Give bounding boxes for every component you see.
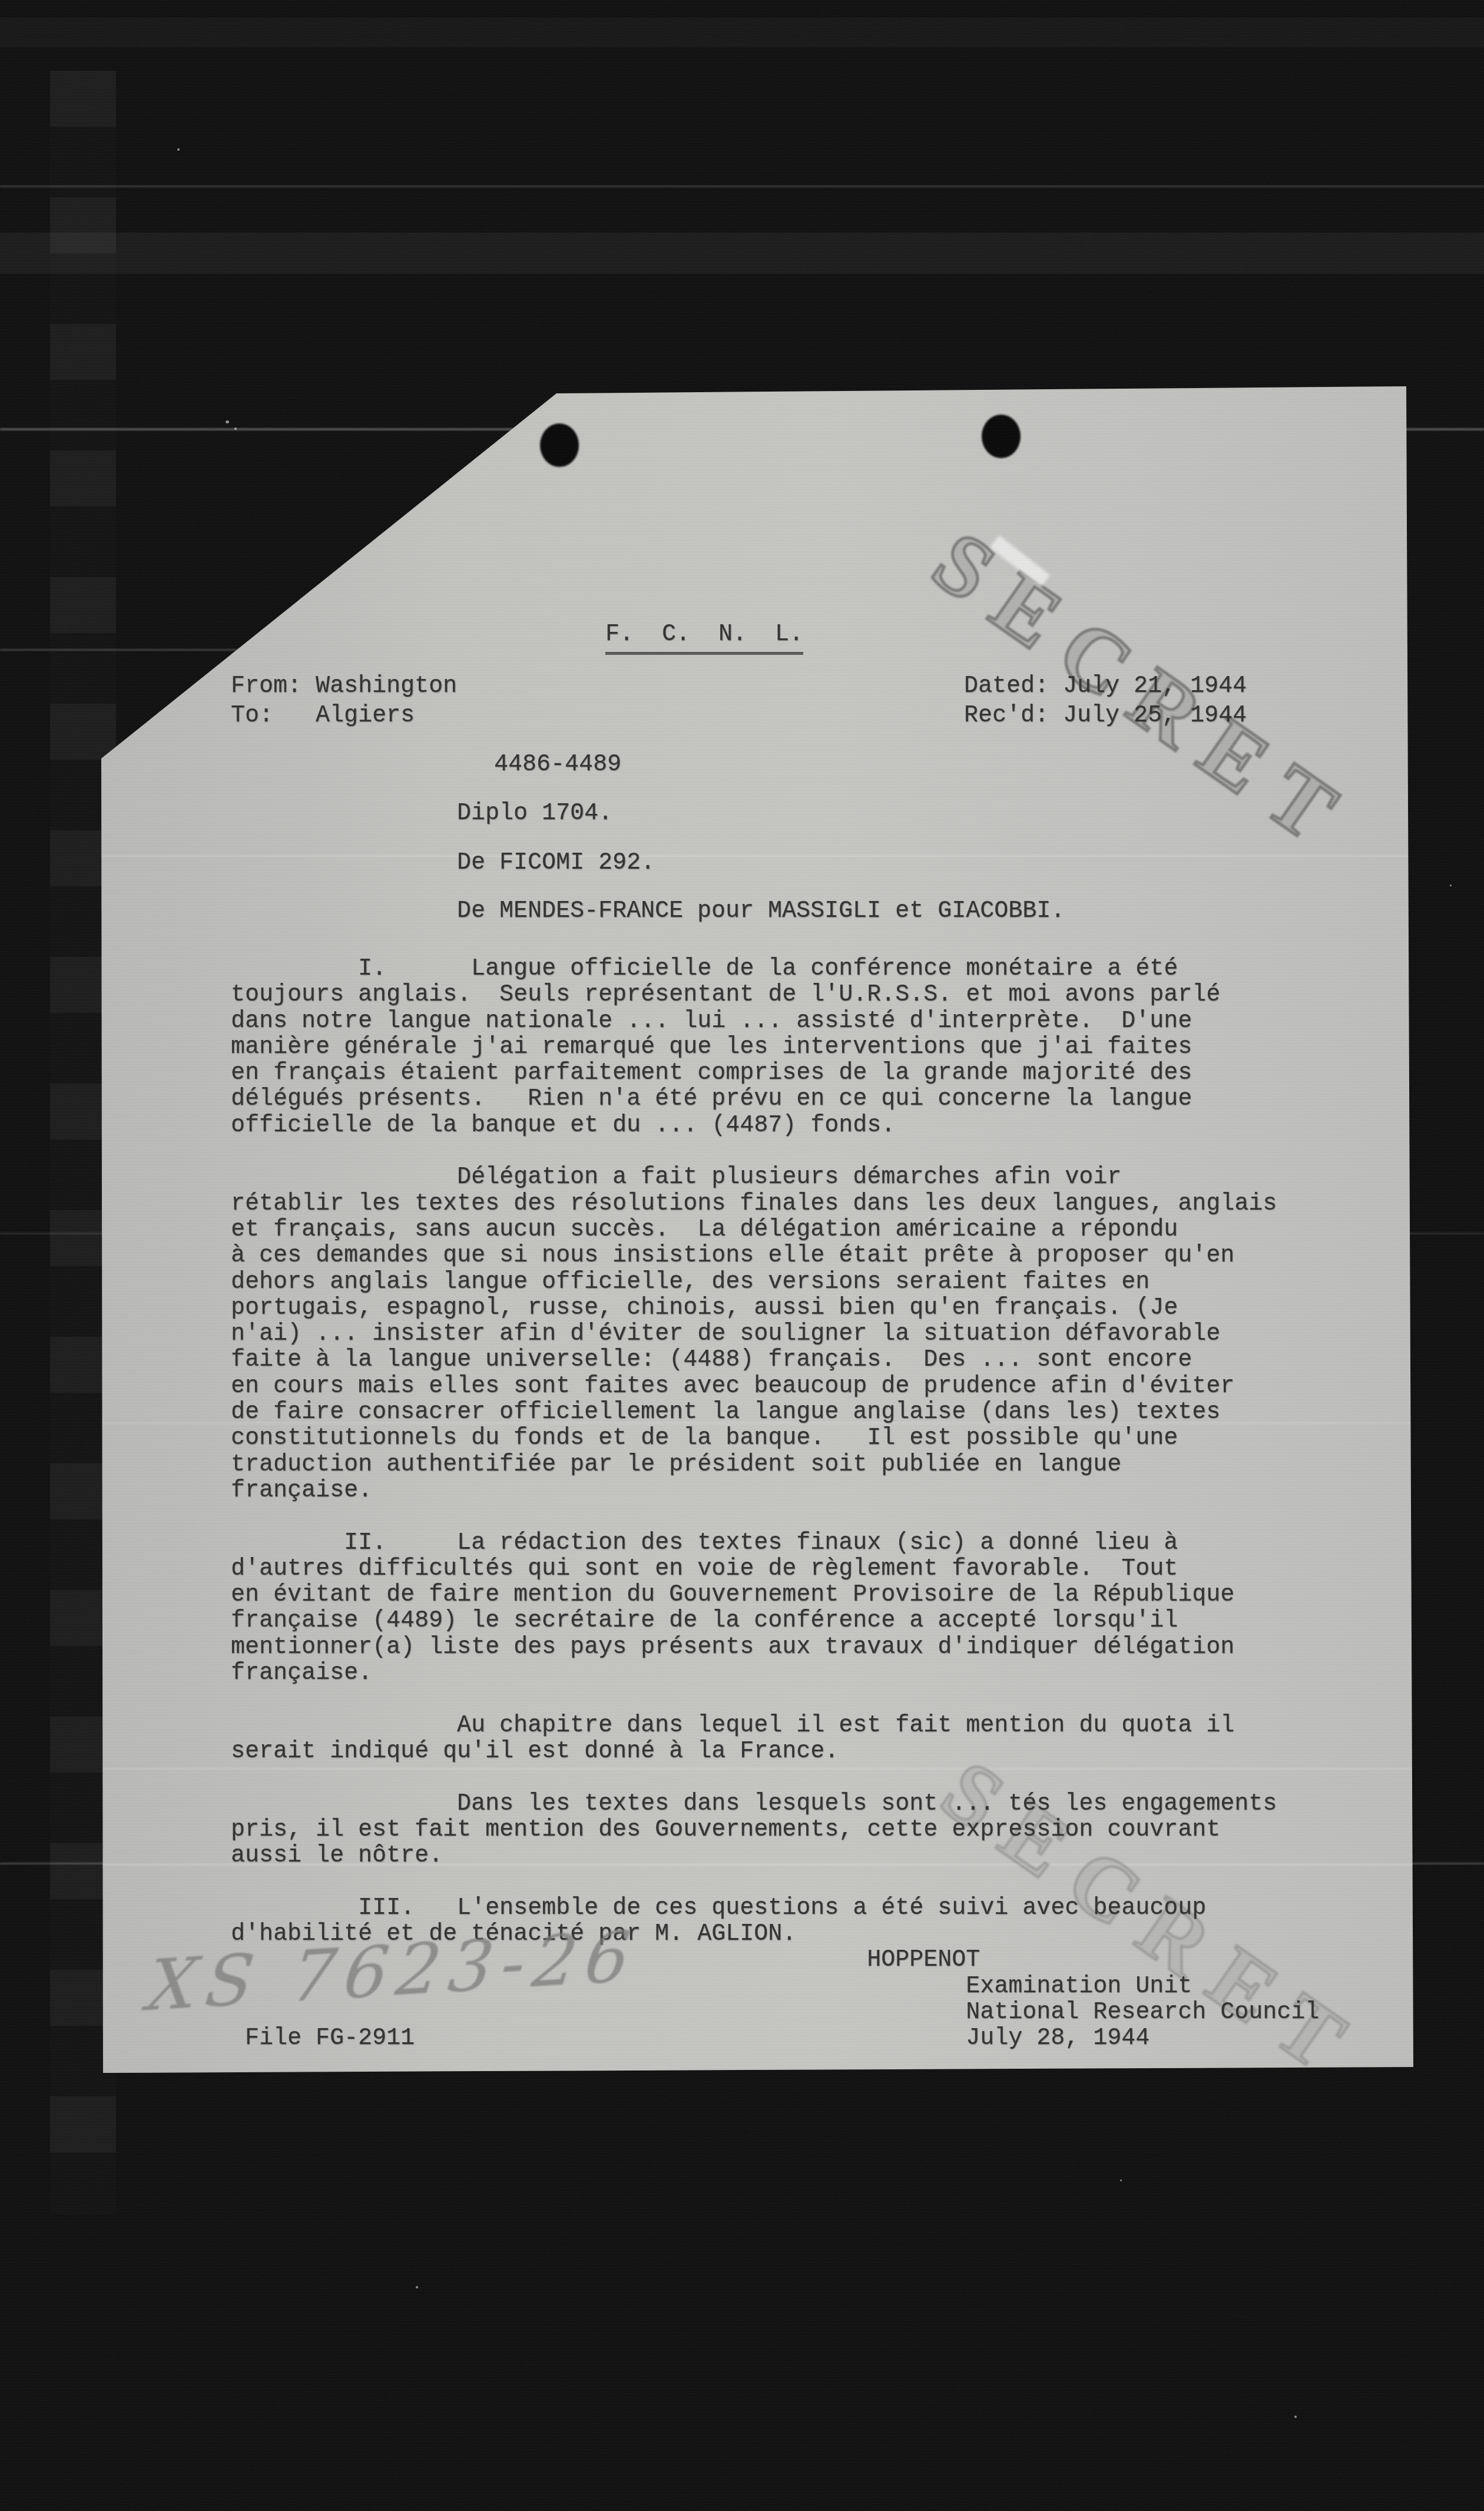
page-title: F. C. N. L. — [605, 622, 803, 655]
dust-speck — [234, 428, 237, 430]
to-line: To: Algiers — [231, 703, 415, 729]
dust-speck — [177, 148, 180, 151]
scan-band — [0, 18, 1484, 47]
dated-line: Dated: July 21, 1944 — [964, 674, 1247, 700]
ficomi-reference: De FICOMI 292. — [457, 850, 655, 876]
diplo-reference: Diplo 1704. — [457, 801, 612, 827]
from-line: From: Washington — [231, 674, 457, 700]
dust-speck — [1294, 2416, 1297, 2418]
dust-speck — [416, 2286, 418, 2288]
document-page: SECRET SECRET F. C. N. L. From: Washingt… — [101, 377, 1415, 2073]
scan-streak — [101, 855, 1415, 857]
punch-hole-icon — [982, 415, 1021, 458]
dust-speck — [226, 420, 229, 423]
message-numbers: 4486-4489 — [494, 752, 621, 778]
microfilm-frame: SECRET SECRET F. C. N. L. From: Washingt… — [0, 0, 1484, 2511]
scan-band — [0, 233, 1484, 274]
dust-speck — [1120, 2179, 1122, 2181]
dust-speck — [1450, 885, 1452, 886]
received-line: Rec'd: July 25, 1944 — [964, 703, 1247, 729]
message-body: I. Langue officielle de la conférence mo… — [231, 956, 1319, 2052]
scan-streak — [0, 185, 1484, 187]
punch-hole-icon — [540, 423, 579, 467]
address-line: De MENDES-FRANCE pour MASSIGLI et GIACOB… — [457, 899, 1065, 925]
